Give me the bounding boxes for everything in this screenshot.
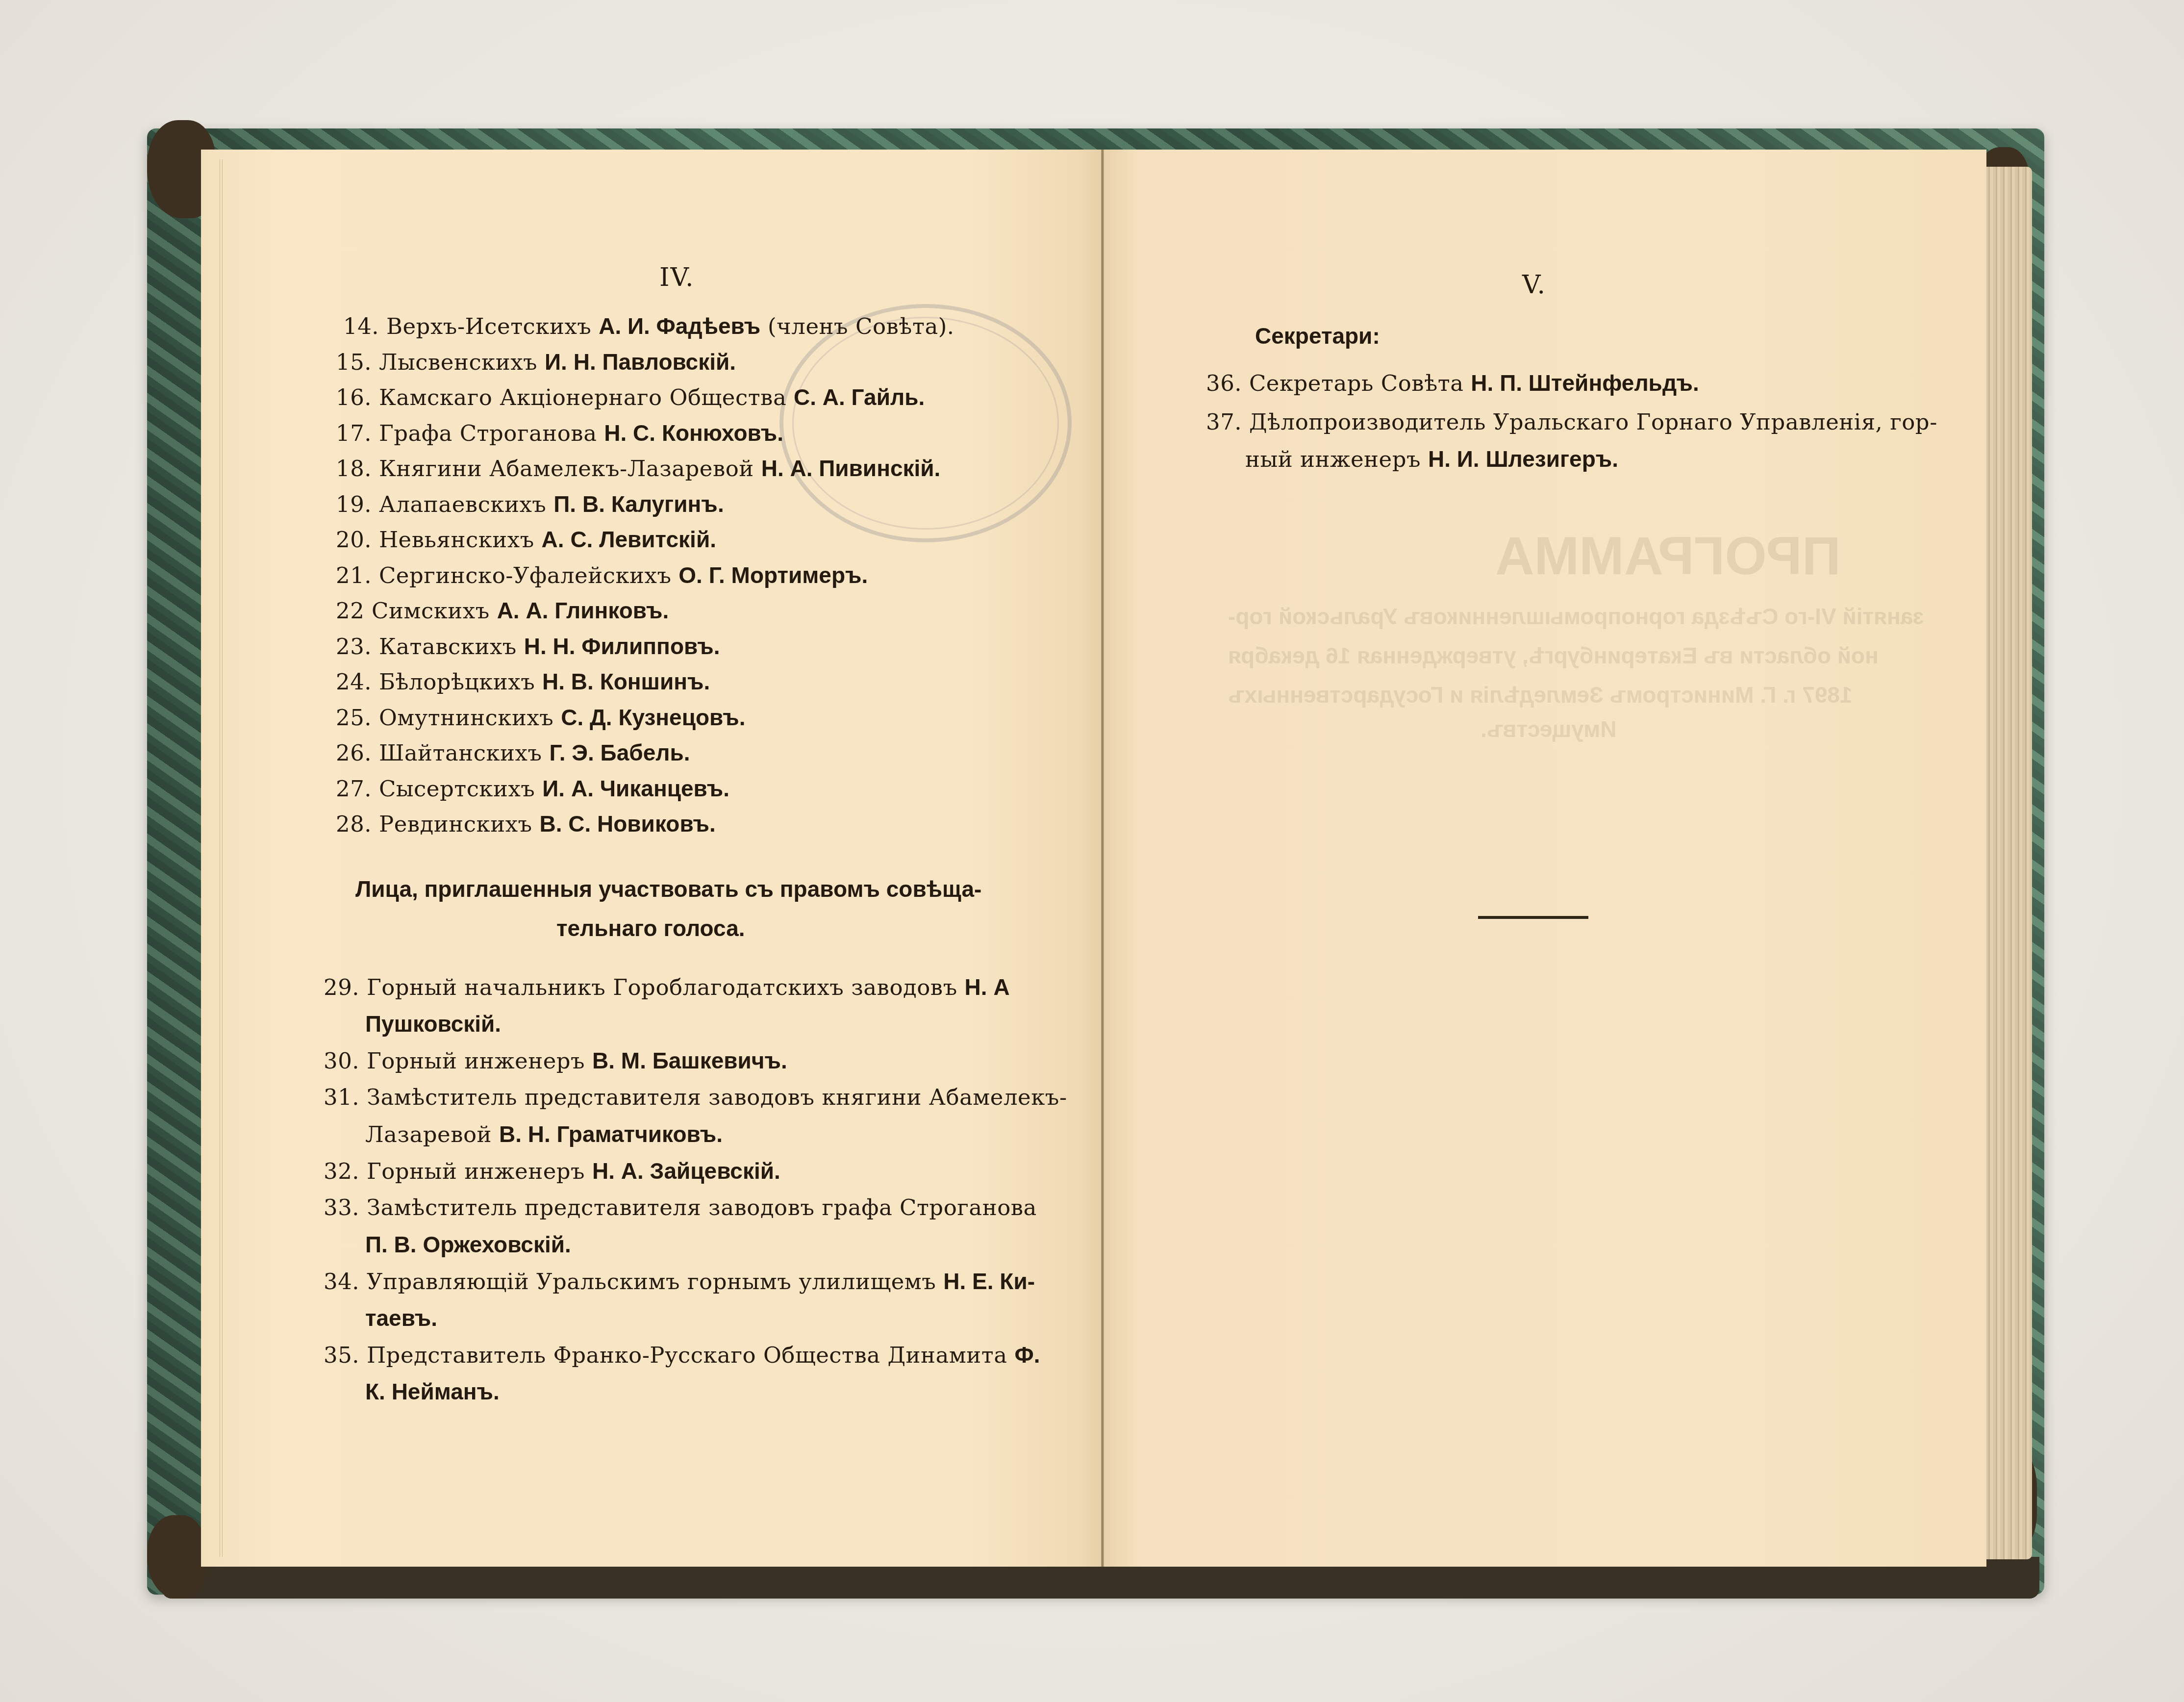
list-item: 15. Лысвенскихъ И. Н. Павловскій.: [336, 351, 736, 373]
person-name: И. Н. Павловскій.: [545, 349, 736, 375]
section-heading-invited-line1: Лица, приглашенныя участвовать съ правом…: [355, 878, 981, 900]
entry-text: Ревдинскихъ: [379, 811, 540, 837]
list-item: 16. Камскаго Акціонернаго Общества С. А.…: [336, 386, 925, 408]
person-name: И. А. Чиканцевъ.: [542, 776, 729, 801]
person-name: таевъ.: [365, 1305, 437, 1331]
entry-text: Дѣлопроизводитель Уральскаго Горнаго Упр…: [1249, 409, 1937, 435]
person-name: Н. Е. Ки-: [943, 1269, 1035, 1294]
entry-text: Горный инженеръ: [367, 1048, 592, 1074]
entry-text: Графа Строганова: [379, 420, 604, 446]
list-item: 31. Замѣститель представителя заводовъ к…: [324, 1086, 1067, 1108]
entry-text: Симскихъ: [372, 598, 497, 624]
entry-text: ный инженеръ: [1245, 446, 1428, 472]
entry-text: 28.: [336, 811, 379, 837]
person-name: Пушковскій.: [365, 1011, 501, 1037]
list-item: 36. Секретарь Совѣта Н. П. Штейнфельдъ.: [1206, 372, 1699, 394]
entry-text: 27.: [336, 776, 379, 802]
page-number-left: IV.: [659, 265, 695, 290]
person-name: А. И. Фадѣевъ: [599, 313, 760, 339]
entry-text: Лазаревой: [365, 1121, 499, 1147]
list-item: 30. Горный инженеръ В. М. Башкевичъ.: [324, 1049, 787, 1072]
entry-text: Камскаго Акціонернаго Общества: [379, 384, 794, 410]
list-item-continuation: П. В. Оржеховскій.: [365, 1233, 571, 1256]
list-item-continuation: Лазаревой В. Н. Граматчиковъ.: [365, 1123, 723, 1145]
entry-text: Княгини Абамелекъ-Лазаревой: [379, 456, 761, 482]
list-item-continuation: таевъ.: [365, 1307, 437, 1329]
entry-text: 36.: [1206, 370, 1249, 396]
person-name: Н. И. Шлезигеръ.: [1428, 446, 1618, 472]
list-item: 37. Дѣлопроизводитель Уральскаго Горнаго…: [1206, 411, 1937, 433]
show-through-line: 1897 г. Г. Министромъ Земледѣлія и Госуд…: [1228, 682, 1853, 708]
person-name: П. В. Оржеховскій.: [365, 1232, 571, 1257]
entry-text: Невьянскихъ: [379, 527, 542, 553]
entry-text: Верхъ-Исетскихъ: [386, 313, 599, 339]
person-name: Ф.: [1014, 1342, 1040, 1368]
list-item: 28. Ревдинскихъ В. С. Новиковъ.: [336, 813, 716, 835]
list-item: 34. Управляющій Уральскимъ горнымъ улили…: [324, 1270, 1035, 1293]
person-name: Н. П. Штейнфельдъ.: [1471, 370, 1699, 396]
entry-text: Горный начальникъ Гороблагодатскихъ заво…: [367, 974, 965, 1000]
entry-text: Замѣститель представителя заводовъ княги…: [367, 1084, 1067, 1110]
entry-text: 30.: [324, 1048, 367, 1074]
entry-text: 26.: [336, 740, 379, 766]
entry-text: Замѣститель представителя заводовъ графа…: [367, 1194, 1037, 1220]
cover-corner-bottom-left: [147, 1515, 206, 1599]
entry-text: 31.: [324, 1084, 367, 1110]
entry-text: Управляющій Уральскимъ горнымъ улилищемъ: [367, 1269, 943, 1295]
entry-text: Представитель Франко-Русскаго Общества Д…: [367, 1342, 1015, 1368]
list-item: 29. Горный начальникъ Гороблагодатскихъ …: [324, 976, 1010, 998]
list-item: 20. Невьянскихъ А. С. Левитскій.: [336, 528, 716, 551]
entry-text: 17.: [336, 420, 379, 446]
list-item: 27. Сысертскихъ И. А. Чиканцевъ.: [336, 777, 729, 800]
entry-text: Омутнинскихъ: [379, 705, 561, 731]
entry-text: 35.: [324, 1342, 367, 1368]
list-item-continuation: Пушковскій.: [365, 1013, 501, 1035]
person-name: С. Д. Кузнецовъ.: [561, 705, 745, 730]
entry-text: 32.: [324, 1158, 367, 1184]
entry-text: 24.: [336, 669, 379, 695]
entry-text: 21.: [336, 562, 379, 588]
entry-text: 33.: [324, 1194, 367, 1220]
entry-text: 25.: [336, 705, 379, 731]
person-name: Н. В. Коншинъ.: [542, 669, 710, 694]
list-item: 17. Графа Строганова Н. С. Конюховъ.: [336, 422, 783, 444]
person-name: В. М. Башкевичъ.: [592, 1048, 787, 1073]
list-item-continuation: ный инженеръ Н. И. Шлезигеръ.: [1245, 448, 1618, 470]
person-name: К. Нейманъ.: [365, 1379, 500, 1404]
person-name: А. А. Глинковъ.: [497, 598, 669, 623]
entry-text: 19.: [336, 491, 379, 517]
list-item: 14. Верхъ-Исетскихъ А. И. Фадѣевъ (членъ…: [343, 315, 954, 337]
entry-text: 34.: [324, 1269, 367, 1295]
list-item: 23. Катавскихъ Н. Н. Филипповъ.: [336, 635, 720, 658]
list-item: 21. Сергинско-Уфалейскихъ О. Г. Мортимер…: [336, 564, 868, 586]
list-item: 33. Замѣститель представителя заводовъ г…: [324, 1196, 1037, 1219]
show-through-line: занятій VI-го Съѣзда горнопромышленников…: [1228, 603, 1924, 630]
entry-text: 18.: [336, 456, 379, 482]
entry-text: 15.: [336, 349, 379, 375]
person-name: Н. А. Зайцевскій.: [592, 1158, 780, 1184]
list-item: 32. Горный инженеръ Н. А. Зайцевскій.: [324, 1160, 780, 1182]
entry-text: (членъ Совѣта).: [760, 313, 954, 339]
section-heading-secretaries: Секретари:: [1255, 325, 1380, 347]
entry-text: 16.: [336, 384, 379, 410]
page-block-edge: [1985, 167, 2032, 1559]
flyleaf-fold: [220, 159, 223, 1557]
list-item: 35. Представитель Франко-Русскаго Общест…: [324, 1344, 1040, 1366]
entry-text: Секретарь Совѣта: [1249, 370, 1471, 396]
list-item: 25. Омутнинскихъ С. Д. Кузнецовъ.: [336, 706, 746, 729]
entry-text: Бѣлорѣцкихъ: [379, 669, 542, 695]
entry-text: 14.: [343, 313, 386, 339]
library-stamp: [779, 304, 1072, 542]
person-name: А. С. Левитскій.: [542, 527, 716, 552]
list-item: 26. Шайтанскихъ Г. Э. Бабель.: [336, 741, 690, 764]
person-name: Н. Н. Филипповъ.: [524, 634, 720, 659]
person-name: Г. Э. Бабель.: [549, 740, 690, 765]
section-heading-invited-line2: тельнаго голоса.: [556, 917, 745, 940]
person-name: О. Г. Мортимеръ.: [678, 562, 868, 588]
entry-text: Горный инженеръ: [367, 1158, 592, 1184]
person-name: Н. С. Конюховъ.: [604, 420, 783, 446]
list-item: 22 Симскихъ А. А. Глинковъ.: [336, 599, 669, 622]
list-item: 24. Бѣлорѣцкихъ Н. В. Коншинъ.: [336, 670, 710, 693]
person-name: П. В. Калугинъ.: [553, 491, 724, 517]
list-item-continuation: К. Нейманъ.: [365, 1380, 500, 1403]
entry-text: 37.: [1206, 409, 1249, 435]
entry-text: 29.: [324, 974, 367, 1000]
list-item: 18. Княгини Абамелекъ-Лазаревой Н. А. Пи…: [336, 457, 940, 480]
person-name: С. А. Гайль.: [794, 384, 925, 410]
entry-text: Катавскихъ: [379, 634, 524, 660]
list-item: 19. Алапаевскихъ П. В. Калугинъ.: [336, 493, 724, 515]
show-through-title: ПРОГРАММА: [1495, 525, 1841, 587]
person-name: В. Н. Граматчиковъ.: [499, 1121, 723, 1147]
show-through-line: Имуществъ.: [1481, 716, 1616, 742]
entry-text: 22: [336, 598, 372, 624]
section-divider-rule: [1478, 916, 1588, 919]
person-name: Н. А. Пивинскій.: [761, 456, 941, 481]
entry-text: 20.: [336, 527, 379, 553]
entry-text: Алапаевскихъ: [379, 491, 553, 517]
right-page: [1104, 150, 1986, 1567]
entry-text: Лысвенскихъ: [379, 349, 545, 375]
page-number-right: V.: [1522, 272, 1546, 298]
entry-text: 23.: [336, 634, 379, 660]
show-through-line: ной области въ Екатеринбургѣ, утвержденн…: [1228, 642, 1879, 669]
entry-text: Сергинско-Уфалейскихъ: [379, 562, 678, 588]
entry-text: Сысертскихъ: [379, 776, 542, 802]
person-name: В. С. Новиковъ.: [539, 811, 715, 837]
person-name: Н. А: [965, 974, 1010, 1000]
entry-text: Шайтанскихъ: [379, 740, 550, 766]
